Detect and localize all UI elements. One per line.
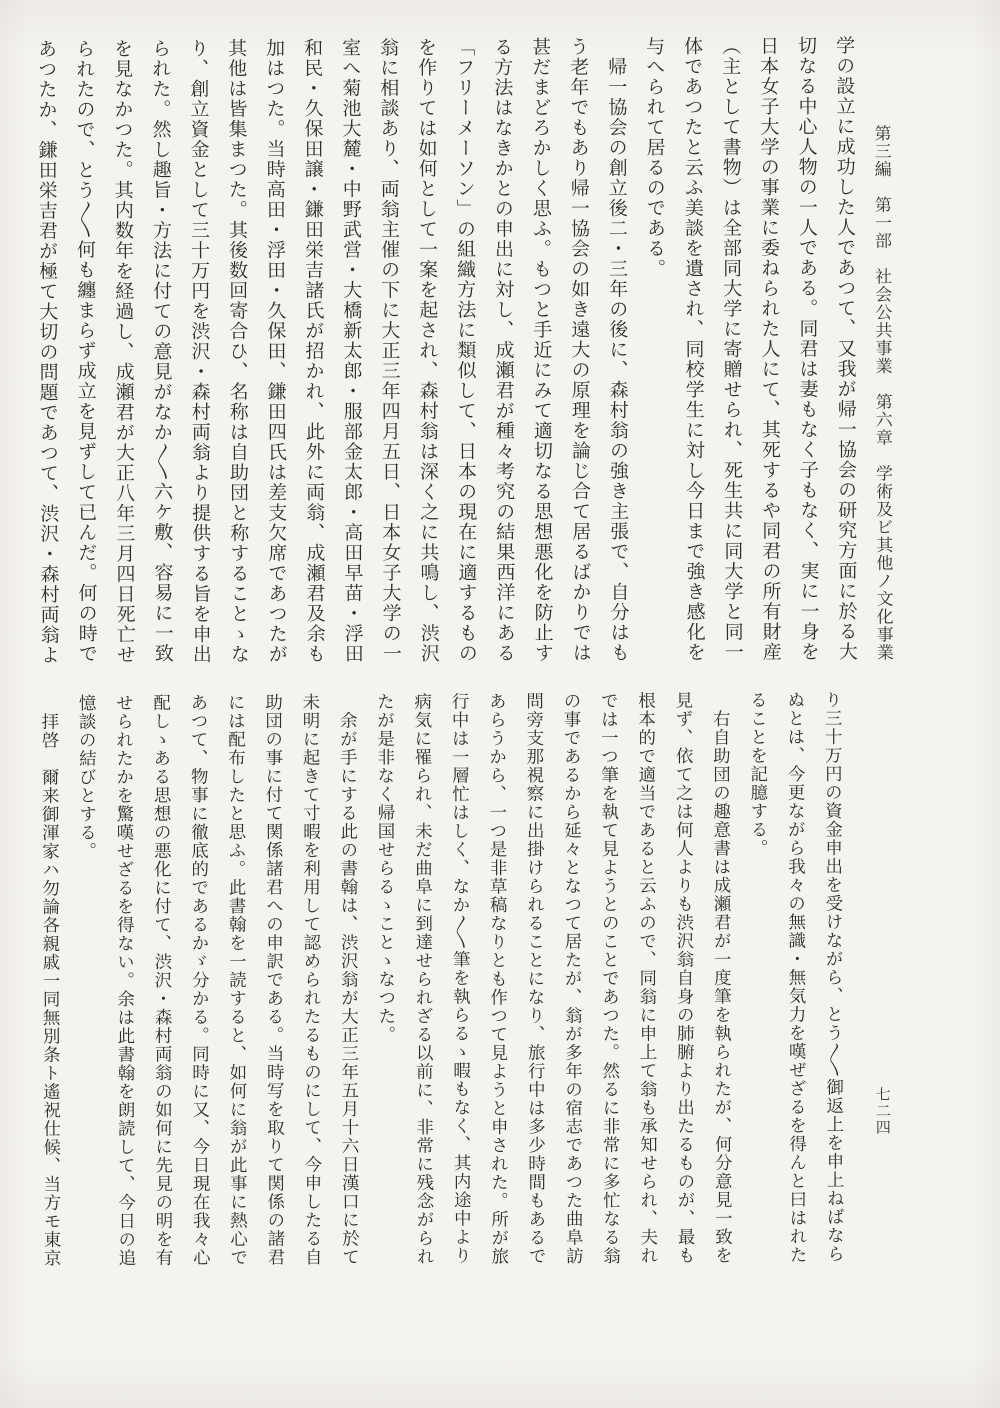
text-column: ることを記臆する。 [738, 691, 778, 1269]
text-column: 室へ菊池大麓・中野武営・大橋新太郎・服部金太郎・高田早苗・浮田 [331, 38, 372, 672]
text-column: 帰一協会の創立後二・三年の後に、森村翁の強き主張で、自分はも [597, 36, 638, 670]
top-text-block: 学の設立に成功した人であつて、又我が帰一協会の研究方面に於る大切なる中心人物の一… [27, 35, 866, 673]
text-column: あつて、物事に徹底的であるかゞ分かる。同時に又、今日現在我々心 [179, 693, 219, 1271]
text-column: せられたかを驚嘆せざるを得ない。余は此書翰を朗読して、今日の追 [104, 694, 144, 1272]
text-column: 「フリーメーソン」の組織方法に類似して、日本の現在に適するもの [445, 37, 486, 671]
text-column: 配しゝある思想の悪化に付て、渋沢・森村両翁の如何に先見の明を有 [141, 693, 181, 1271]
text-column: 学の設立に成功した人であつて、又我が帰一協会の研究方面に於る大 [825, 35, 866, 669]
text-column: では一つ筆を執て見ようとのことであつた。然るに非常に多忙なる翁 [589, 691, 629, 1269]
text-column: う老年でもあり帰一協会の如き遠大の原理を論じ合て居るばかりでは [559, 37, 600, 671]
text-column: には配布したと思ふ。此書翰を一読すると、如何に翁が此事に熱心で [216, 693, 256, 1271]
text-column: 右自助団の趣意書は成瀬君が一度筆を執られたが、何分意見一致を [701, 691, 741, 1269]
text-column: あらうから、一つ是非草稿なりとも作つて見ようと申された。所が旅 [477, 692, 517, 1270]
text-column: 病気に罹られ、未だ曲阜に到達せられざる以前に、非常に残念がられ [402, 692, 442, 1270]
text-column: られた。然し趣旨・方法に付ての意見がなか〱六ケ敷、容易に一致 [141, 38, 182, 672]
text-column: 其他は皆集まつた。其後数回寄合ひ、名称は自助団と称することゝな [217, 38, 258, 672]
text-column: 根本的で適当であると云ふので、同翁に申上て翁も承知せられ、夫れ [626, 691, 666, 1269]
text-column: （主として書物）は全部同大学に寄贈せられ、死生共に同大学と同一 [711, 36, 752, 670]
text-column: り三十万円の資金申出を受けながら、とう〱御返上を申上ねばなら [813, 690, 853, 1268]
text-column: 行中は一層忙はしく、なか〱筆を執らるゝ暇もなく、其内途中より [440, 692, 480, 1270]
text-column: 憶談の結びとする。 [67, 694, 107, 1272]
text-column: 体であつたと云ふ美談を遺され、同校学生に対し今日まで強き感化を [673, 36, 714, 670]
text-column: あつたか、鎌田栄吉君が極て大切の問題であつて、渋沢・森村両翁よ [27, 39, 68, 673]
text-column: 甚だまどろかしく思ふ。もつと手近にみて適切なる思想悪化を防止す [521, 37, 562, 671]
text-column: 与へられて居るのである。 [635, 36, 676, 670]
chapter-header: 第三編 第一部 社会公共事業 第六章 学術及ビ其他ノ文化事業 [868, 124, 895, 661]
text-column: たが是非なく帰国せらるゝことゝなつた。 [365, 692, 405, 1270]
text-column: 問旁支那視察に出掛けられることになり、旅行中は多少時間もあるで [514, 692, 554, 1270]
text-column: 余が手にする此の書翰は、渋沢翁が大正三年五月十六日漢口に於て [328, 693, 368, 1271]
text-column: の事であるから延々となつて居たが、翁が多年の宿志であつた曲阜訪 [552, 692, 592, 1270]
text-column: 和民・久保田譲・鎌田栄吉諸氏が招かれ、此外に両翁、成瀬君及余も [293, 38, 334, 672]
text-column: 切なる中心人物の一人である。同君は妻もなく子もなく、実に一身を [787, 36, 828, 670]
text-column: を見なかつた。其内数年を経過し、成瀬君が大正八年三月四日死亡せ [103, 39, 144, 673]
bottom-text-block: り三十万円の資金申出を受けながら、とう〱御返上を申上ねばならぬとは、今更ながら我… [29, 690, 852, 1272]
text-column: ぬとは、今更ながら我々の無識・無気力を嘆ぜざるを得んと曰はれた [775, 691, 815, 1269]
page-number: 七二四 [873, 1086, 894, 1136]
text-column: り、創立資金として三十万円を渋沢・森村両翁より提供する旨を申出 [179, 38, 220, 672]
text-column: 見ず、依て之は何人よりも渋沢翁自身の肺腑より出たるものが、最も [663, 691, 703, 1269]
text-column: 未明に起きて寸暇を利用して認められたるものにして、今申したる自 [291, 693, 331, 1271]
page-content: 第三編 第一部 社会公共事業 第六章 学術及ビ其他ノ文化事業 学の設立に成功した… [0, 0, 1000, 1408]
text-column: 翁に相談あり、両翁主催の下に大正三年四月五日、日本女子大学の一 [369, 37, 410, 671]
text-column: 拝啓 爾来御渾家ハ勿論各親戚一同無別条ト遙祝仕候、当方モ東京 [29, 694, 69, 1272]
text-column: 加はつた。当時高田・浮田・久保田、鎌田四氏は差支欠席であつたが [255, 38, 296, 672]
text-column: 助団の事に付て関係諸君への申訳である。当時写を取りて関係の諸君 [253, 693, 293, 1271]
scanned-page: 第三編 第一部 社会公共事業 第六章 学術及ビ其他ノ文化事業 学の設立に成功した… [0, 0, 1000, 1408]
text-column: る方法はなきかとの申出に対し、成瀬君が種々考究の結果西洋にある [483, 37, 524, 671]
text-column: 日本女子大学の事業に委ねられた人にて、其死するや同君の所有財産 [749, 36, 790, 670]
text-column: を作りては如何として一案を起され、森村翁は深く之に共鳴し、渋沢 [407, 37, 448, 671]
text-column: られたので、とう〱何も纏まらず成立を見ずして已んだ。何の時で [65, 39, 106, 673]
